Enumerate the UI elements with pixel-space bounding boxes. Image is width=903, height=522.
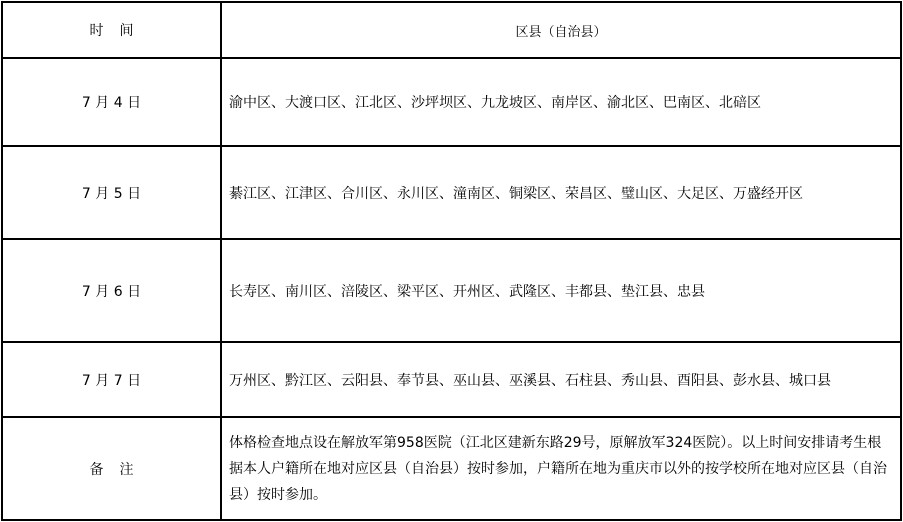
row-date: 7 月 6 日 (2, 239, 221, 342)
row-date: 7 月 4 日 (2, 58, 221, 146)
table-row: 7 月 5 日 綦江区、江津区、合川区、永川区、潼南区、铜梁区、荣昌区、璧山区、… (2, 146, 901, 239)
header-time: 时间 (2, 2, 221, 58)
table-row: 7 月 4 日 渝中区、大渡口区、江北区、沙坪坝区、九龙坡区、南岸区、渝北区、巴… (2, 58, 901, 146)
row-districts: 渝中区、大渡口区、江北区、沙坪坝区、九龙坡区、南岸区、渝北区、巴南区、北碚区 (221, 58, 901, 146)
table-row: 7 月 7 日 万州区、黔江区、云阳县、奉节县、巫山县、巫溪县、石柱县、秀山县、… (2, 342, 901, 417)
remark-label-char-2: 注 (120, 462, 134, 478)
row-date: 7 月 7 日 (2, 342, 221, 417)
header-row: 时间 区县（自治县） (2, 2, 901, 58)
table-row: 7 月 6 日 长寿区、南川区、涪陵区、梁平区、开州区、武隆区、丰都县、垫江县、… (2, 239, 901, 342)
remark-label: 备注 (2, 417, 221, 520)
remark-text: 体格检查地点设在解放军第958医院（江北区建新东路29号，原解放军324医院）。… (221, 417, 901, 520)
header-time-char-2: 间 (120, 23, 134, 39)
header-time-char-1: 时 (90, 23, 104, 39)
remark-label-char-1: 备 (90, 462, 104, 478)
remark-row: 备注 体格检查地点设在解放军第958医院（江北区建新东路29号，原解放军324医… (2, 417, 901, 520)
header-district: 区县（自治县） (221, 2, 901, 58)
row-districts: 綦江区、江津区、合川区、永川区、潼南区、铜梁区、荣昌区、璧山区、大足区、万盛经开… (221, 146, 901, 239)
schedule-table: 时间 区县（自治县） 7 月 4 日 渝中区、大渡口区、江北区、沙坪坝区、九龙坡… (1, 1, 902, 521)
row-districts: 长寿区、南川区、涪陵区、梁平区、开州区、武隆区、丰都县、垫江县、忠县 (221, 239, 901, 342)
row-districts: 万州区、黔江区、云阳县、奉节县、巫山县、巫溪县、石柱县、秀山县、酉阳县、彭水县、… (221, 342, 901, 417)
row-date: 7 月 5 日 (2, 146, 221, 239)
